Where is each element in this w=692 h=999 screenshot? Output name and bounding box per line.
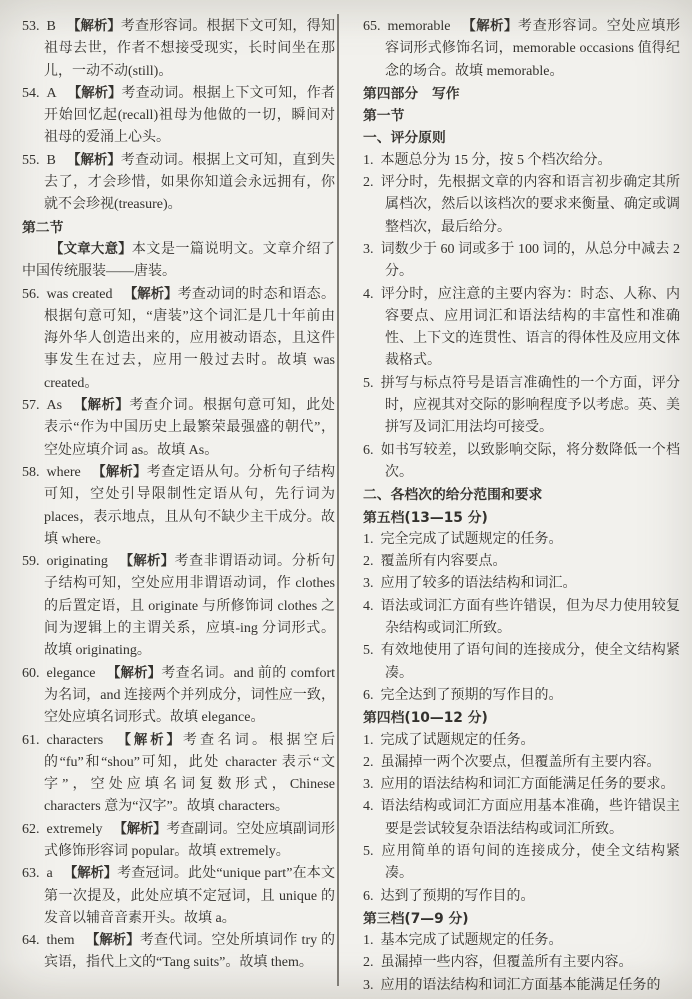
item-text: 考查定语从句。分析句子结构可知，空处引导限制性定语从句，先行词为 places，…: [44, 465, 335, 547]
item-text: 基本完成了试题规定的任务。: [381, 933, 563, 948]
answer-item: 62.extremely【解析】考查副词。空处应填副词形式修饰形容词 popul…: [22, 819, 335, 864]
item-number: 4.: [363, 287, 374, 302]
item-number: 62.: [22, 822, 40, 837]
answer-item: 61.characters【解析】考查名词。根据空后的“fu”和“shou”可知…: [22, 730, 335, 819]
scanned-answer-page: 53.B【解析】考查形容词。根据下文可知，得知祖母去世，作者不想接受现实，长时间…: [0, 0, 692, 999]
answer-item: 58.where【解析】考查定语从句。分析句子结构可知，空处引导限制性定语从句，…: [22, 462, 335, 551]
section-heading: 一、评分原则: [363, 127, 680, 149]
item-text: 完全完成了试题规定的任务。: [381, 532, 563, 547]
answer-item: 53.B【解析】考查形容词。根据下文可知，得知祖母去世，作者不想接受现实，长时间…: [22, 16, 335, 83]
item-text: 有效地使用了语句间的连接成分，使全文结构紧凑。: [381, 643, 681, 680]
answer-item: 3.应用的语法结构和词汇方面基本能满足任务的: [363, 975, 680, 997]
answer-item: 2.虽漏掉一两个次要点，但覆盖所有主要内容。: [363, 752, 680, 774]
answer-text: characters: [47, 733, 104, 748]
section-heading: 第四部分 写作: [363, 83, 680, 105]
item-text: 完全达到了预期的写作目的。: [381, 688, 563, 703]
analysis-label: 【解析】: [73, 398, 129, 413]
item-number: 54.: [22, 86, 40, 101]
left-column: 53.B【解析】考查形容词。根据下文可知，得知祖母去世，作者不想接受现实，长时间…: [22, 16, 335, 997]
item-number: 65.: [363, 19, 381, 34]
two-column-layout: 53.B【解析】考查形容词。根据下文可知，得知祖母去世，作者不想接受现实，长时间…: [0, 0, 692, 997]
analysis-label: 【解析】: [461, 19, 517, 34]
right-column: 65.memorable【解析】考查形容词。空处应填形容词形式修饰名词，memo…: [363, 16, 680, 997]
section-heading: 第四档(10—12 分): [363, 707, 680, 729]
item-number: 1.: [363, 532, 374, 547]
section-heading: 第一节: [363, 105, 680, 127]
item-number: 6.: [363, 889, 374, 904]
item-text: 拼写与标点符号是语言准确性的一个方面，评分时，应视其对交际的影响程度予以考虑。英…: [381, 376, 681, 436]
analysis-label: 【文章大意】: [50, 242, 132, 257]
answer-item: 56.was created【解析】考查动词的时态和语态。根据句意可知，“唐装”…: [22, 284, 335, 395]
analysis-label: 【解析】: [113, 822, 166, 837]
answer-text: B: [47, 153, 56, 168]
item-number: 4.: [363, 599, 374, 614]
analysis-label: 【解析】: [119, 554, 175, 569]
answer-item: 65.memorable【解析】考查形容词。空处应填形容词形式修饰名词，memo…: [363, 16, 680, 83]
item-text: 评分时，先根据文章的内容和语言初步确定其所属档次，然后以该档次的要求来衡量、确定…: [381, 175, 681, 235]
answer-text: As: [47, 398, 63, 413]
item-number: 5.: [363, 643, 374, 658]
item-number: 5.: [363, 844, 374, 859]
item-number: 53.: [22, 19, 40, 34]
item-number: 63.: [22, 866, 40, 881]
answer-item: 5.应用简单的语句间的连接成分，使全文结构紧凑。: [363, 841, 680, 886]
analysis-label: 【解析】: [86, 933, 140, 948]
answer-item: 4.评分时，应注意的主要内容为：时态、人称、内容要点、应用词汇和语法结构的丰富性…: [363, 284, 680, 373]
answer-text: extremely: [47, 822, 103, 837]
item-number: 6.: [363, 443, 374, 458]
item-text: 评分时，应注意的主要内容为：时态、人称、内容要点、应用词汇和语法结构的丰富性和准…: [381, 287, 681, 369]
answer-text: A: [47, 86, 57, 101]
item-number: 61.: [22, 733, 40, 748]
item-number: 3.: [363, 242, 374, 257]
analysis-label: 【解析】: [106, 666, 161, 681]
item-number: 3.: [363, 978, 374, 993]
answer-item: 3.应用的语法结构和词汇方面能满足任务的要求。: [363, 774, 680, 796]
answer-item: 5.拼写与标点符号是语言准确性的一个方面，评分时，应视其对交际的影响程度予以考虑…: [363, 373, 680, 440]
answer-item: 2.覆盖所有内容要点。: [363, 551, 680, 573]
item-text: 考查非谓语动词。分析句子结构可知，空处应用非谓语动词，作 clothes 的后置…: [44, 554, 335, 658]
answer-item: 6.达到了预期的写作目的。: [363, 886, 680, 908]
item-number: 60.: [22, 666, 40, 681]
answer-item: 1.完全完成了试题规定的任务。: [363, 529, 680, 551]
analysis-label: 【解析】: [92, 465, 147, 480]
item-text: 虽漏掉一两个次要点，但覆盖所有主要内容。: [381, 755, 661, 770]
item-text: 应用的语法结构和词汇方面基本能满足任务的: [381, 978, 661, 993]
item-number: 2.: [363, 175, 374, 190]
item-number: 55.: [22, 153, 40, 168]
answer-text: them: [47, 933, 75, 948]
item-number: 3.: [363, 777, 374, 792]
answer-item: 64.them【解析】考查代词。空处所填词作 try 的宾语，指代上文的“Tan…: [22, 930, 335, 975]
item-text: 应用了较多的语法结构和词汇。: [381, 576, 577, 591]
item-text: 应用的语法结构和词汇方面能满足任务的要求。: [381, 777, 675, 792]
answer-text: B: [47, 19, 56, 34]
section-heading: 二、各档次的给分范围和要求: [363, 484, 680, 506]
item-text: 达到了预期的写作目的。: [381, 889, 535, 904]
analysis-label: 【解析】: [64, 866, 117, 881]
answer-item: 4.语法或词汇方面有些许错误，但为尽力使用较复杂结构或词汇所致。: [363, 596, 680, 641]
section-heading: 第五档(13—15 分): [363, 507, 680, 529]
analysis-label: 【解析】: [114, 733, 183, 748]
item-number: 64.: [22, 933, 40, 948]
answer-item: 1.本题总分为 15 分，按 5 个档次给分。: [363, 150, 680, 172]
answer-item: 59.originating【解析】考查非谓语动词。分析句子结构可知，空处应用非…: [22, 551, 335, 662]
item-number: 2.: [363, 755, 374, 770]
answer-item: 3.词数少于 60 词或多于 100 词的，从总分中减去 2 分。: [363, 239, 680, 284]
item-text: 考查动词的时态和语态。根据句意可知，“唐装”这个词汇是几十年前由海外华人创造出来…: [44, 287, 335, 391]
item-number: 59.: [22, 554, 40, 569]
answer-item: 4.语法结构或词汇方面应用基本准确，些许错误主要是尝试较复杂语法结构或词汇所致。: [363, 796, 680, 841]
answer-item: 5.有效地使用了语句间的连接成分，使全文结构紧凑。: [363, 640, 680, 685]
item-number: 3.: [363, 576, 374, 591]
answer-item: 2.评分时，先根据文章的内容和语言初步确定其所属档次，然后以该档次的要求来衡量、…: [363, 172, 680, 239]
item-text: 覆盖所有内容要点。: [381, 554, 507, 569]
item-text: 本题总分为 15 分，按 5 个档次给分。: [381, 153, 612, 168]
item-number: 56.: [22, 287, 40, 302]
item-number: 5.: [363, 376, 374, 391]
answer-item: 1.完成了试题规定的任务。: [363, 730, 680, 752]
answer-item: 6.如书写较差，以致影响交际，将分数降低一个档次。: [363, 440, 680, 485]
item-text: 完成了试题规定的任务。: [381, 733, 535, 748]
item-text: 应用简单的语句间的连接成分，使全文结构紧凑。: [381, 844, 681, 881]
analysis-label: 【解析】: [124, 287, 178, 302]
item-number: 2.: [363, 955, 374, 970]
item-number: 1.: [363, 733, 374, 748]
analysis-label: 【解析】: [67, 19, 121, 34]
item-text: 词数少于 60 词或多于 100 词的，从总分中减去 2 分。: [381, 242, 681, 279]
answer-text: a: [47, 866, 53, 881]
answer-text: originating: [47, 554, 108, 569]
item-number: 4.: [363, 799, 374, 814]
answer-text: where: [47, 465, 81, 480]
item-number: 6.: [363, 688, 374, 703]
answer-item: 54.A【解析】考查动词。根据上下文可知，作者开始回忆起(recall)祖母为他…: [22, 83, 335, 150]
answer-text: elegance: [47, 666, 96, 681]
item-text: 如书写较差，以致影响交际，将分数降低一个档次。: [381, 443, 681, 480]
section-heading: 第三档(7—9 分): [363, 908, 680, 930]
answer-item: 60.elegance【解析】考查名词。and 前的 comfort 为名词，a…: [22, 663, 335, 730]
analysis-label: 【解析】: [68, 86, 122, 101]
item-number: 2.: [363, 554, 374, 569]
answer-text: memorable: [388, 19, 451, 34]
section-heading: 第二节: [22, 217, 335, 239]
item-text: 语法结构或词汇方面应用基本准确，些许错误主要是尝试较复杂语法结构或词汇所致。: [381, 799, 681, 836]
answer-item: 63.a【解析】考查冠词。此处“unique part”在本文第一次提及，此处应…: [22, 863, 335, 930]
answer-text: was created: [47, 287, 113, 302]
answer-item: 6.完全达到了预期的写作目的。: [363, 685, 680, 707]
item-number: 1.: [363, 933, 374, 948]
item-number: 57.: [22, 398, 40, 413]
item-text: 语法或词汇方面有些许错误，但为尽力使用较复杂结构或词汇所致。: [381, 599, 681, 636]
analysis-label: 【解析】: [67, 153, 121, 168]
item-number: 58.: [22, 465, 40, 480]
answer-item: 1.基本完成了试题规定的任务。: [363, 930, 680, 952]
answer-item: 55.B【解析】考查动词。根据上文可知，直到失去了，才会珍惜，如果你知道会永远拥…: [22, 150, 335, 217]
passage-summary: 【文章大意】本文是一篇说明文。文章介绍了中国传统服装——唐装。: [22, 239, 335, 284]
answer-item: 3.应用了较多的语法结构和词汇。: [363, 573, 680, 595]
answer-item: 2.虽漏掉一些内容，但覆盖所有主要内容。: [363, 952, 680, 974]
item-text: 虽漏掉一些内容，但覆盖所有主要内容。: [381, 955, 633, 970]
column-divider: [337, 14, 339, 986]
answer-item: 57.As【解析】考查介词。根据句意可知，此处表示“作为中国历史上最繁荣最强盛的…: [22, 395, 335, 462]
item-number: 1.: [363, 153, 374, 168]
